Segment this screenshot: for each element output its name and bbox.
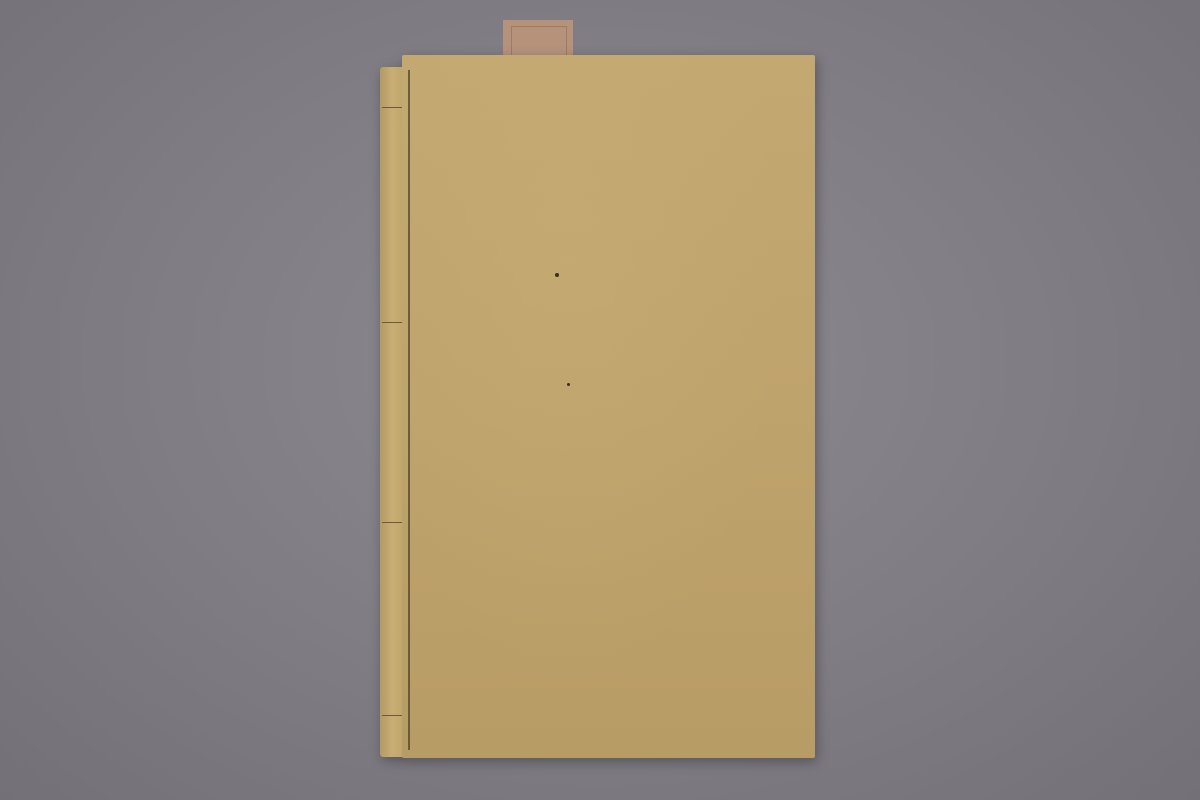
book-cover: [402, 55, 815, 758]
stain-spot: [567, 383, 570, 386]
stain-spot: [555, 273, 559, 277]
cover-fold-line: [408, 70, 410, 750]
book: [380, 55, 815, 758]
